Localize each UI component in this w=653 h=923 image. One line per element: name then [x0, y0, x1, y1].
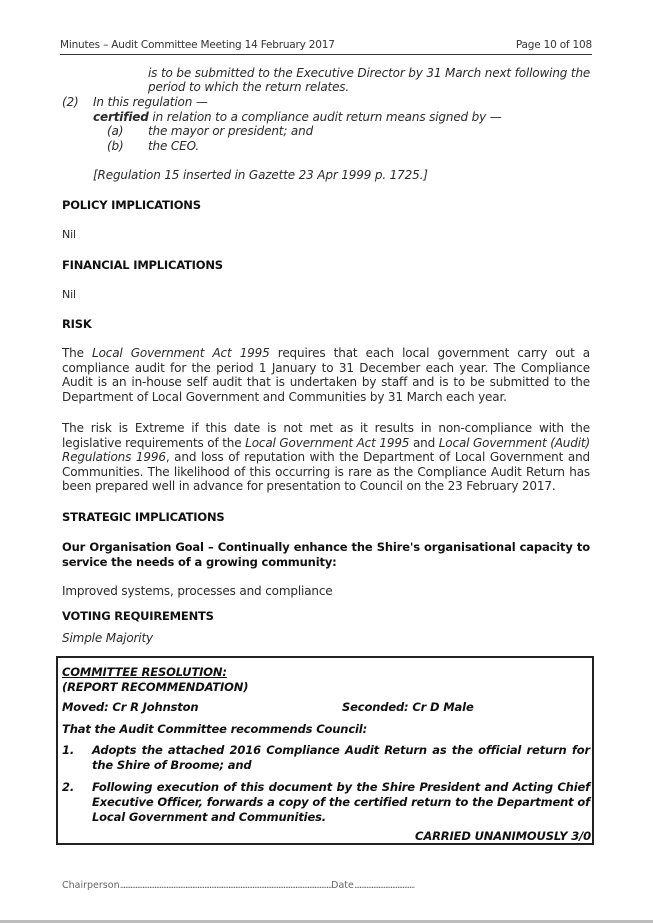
- risk-paragraph-1: The Local Government Act 1995 requires t…: [62, 346, 590, 404]
- resolution-item-1-number: 1.: [62, 743, 74, 757]
- financial-body: Nil: [62, 288, 76, 303]
- risk-paragraph-2: The risk is Extreme if this date is not …: [62, 421, 590, 494]
- regulation-continuation-line1: is to be submitted to the Executive Dire…: [148, 66, 590, 81]
- strategic-heading: STRATEGIC IMPLICATIONS: [62, 510, 224, 525]
- resolution-item-2-text: Following execution of this document by …: [92, 780, 590, 824]
- regulation-continuation-line2: period to which the return relates.: [148, 80, 349, 95]
- voting-heading: VOTING REQUIREMENTS: [62, 609, 214, 624]
- risk-heading: RISK: [62, 317, 92, 332]
- regulation-note: [Regulation 15 inserted in Gazette 23 Ap…: [93, 168, 428, 183]
- regulation-item-a-label: (a): [107, 124, 123, 139]
- document-page: Minutes – Audit Committee Meeting 14 Feb…: [0, 0, 653, 923]
- certified-term: certified: [93, 110, 149, 124]
- signature-footer: Chairperson.............................…: [62, 880, 414, 891]
- regulation-item-a-text: the mayor or president; and: [148, 124, 313, 139]
- resolution-moved: Moved: Cr R Johnston: [62, 700, 198, 714]
- policy-heading: POLICY IMPLICATIONS: [62, 198, 201, 213]
- chairperson-signature-line: ........................................…: [120, 880, 332, 891]
- resolution-seconded: Seconded: Cr D Male: [342, 700, 474, 714]
- regulation-sub2-number: (2): [62, 95, 79, 110]
- date-signature-line: ...................................: [354, 880, 414, 891]
- header-title: Minutes – Audit Committee Meeting 14 Feb…: [60, 39, 335, 51]
- resolution-title: COMMITTEE RESOLUTION:: [62, 665, 227, 679]
- regulation-sub2-text: In this regulation —: [93, 95, 208, 110]
- resolution-subtitle: (REPORT RECOMMENDATION): [62, 680, 248, 694]
- resolution-item-2-number: 2.: [62, 780, 74, 794]
- regulation-item-b-text: the CEO.: [148, 139, 199, 154]
- voting-body: Simple Majority: [62, 631, 153, 646]
- header-page-number: Page 10 of 108: [516, 39, 592, 51]
- resolution-result: CARRIED UNANIMOUSLY 3/0: [415, 829, 591, 843]
- resolution-item-1-text: Adopts the attached 2016 Compliance Audi…: [92, 743, 590, 773]
- regulation-item-b-label: (b): [107, 139, 124, 154]
- regulation-certified-definition: certified in relation to a compliance au…: [93, 110, 502, 125]
- policy-body: Nil: [62, 228, 76, 243]
- page-header: Minutes – Audit Committee Meeting 14 Feb…: [60, 37, 592, 55]
- financial-heading: FINANCIAL IMPLICATIONS: [62, 258, 223, 273]
- strategic-goal: Our Organisation Goal – Continually enha…: [62, 540, 590, 569]
- resolution-intro: That the Audit Committee recommends Coun…: [62, 722, 367, 736]
- strategic-body: Improved systems, processes and complian…: [62, 584, 333, 599]
